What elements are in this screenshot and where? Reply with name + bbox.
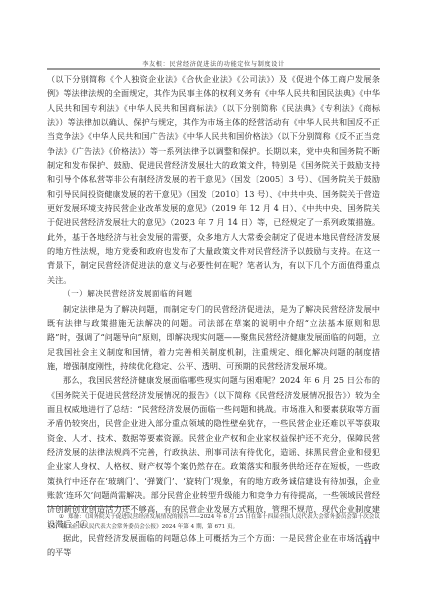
article-body: （以下分别简称《个人独资企业法》《合伙企业法》《公司法》）及《促进个体工商户发展…: [47, 72, 380, 560]
footnote-rule: [47, 506, 130, 507]
footnote: ①郑备：《国务院关于促进民营经济发展情况的报告——2024 年 6 月 25 日…: [47, 512, 380, 532]
footnote-mark: ①: [59, 514, 64, 520]
footnote-text: 郑备：《国务院关于促进民营经济发展情况的报告——2024 年 6 月 25 日在…: [47, 514, 380, 530]
header-rule: [47, 68, 380, 70]
body-paragraph: 据此，民营经济发展面临的问题总体上可概括为三个方面：一是民营企业在市场活动中的平…: [47, 531, 380, 560]
body-paragraph: （以下分别简称《个人独资企业法》《合伙企业法》《公司法》）及《促进个体工商户发展…: [47, 72, 380, 287]
body-paragraph: 那么，我国民营经济健康发展面临哪些现实问题与困难呢？2024 年 6 月 25 …: [47, 373, 380, 531]
body-paragraph: 制定法律是为了解决问题，而制定专门的民营经济促进法，是为了解决民营经济发展中既有…: [47, 302, 380, 374]
running-head: 李友根：民营经济促进法的功能定位与制度设计: [47, 59, 380, 68]
section-heading: （一）解决民营经济发展面临的问题: [47, 287, 380, 301]
page-number: 111: [360, 537, 371, 546]
